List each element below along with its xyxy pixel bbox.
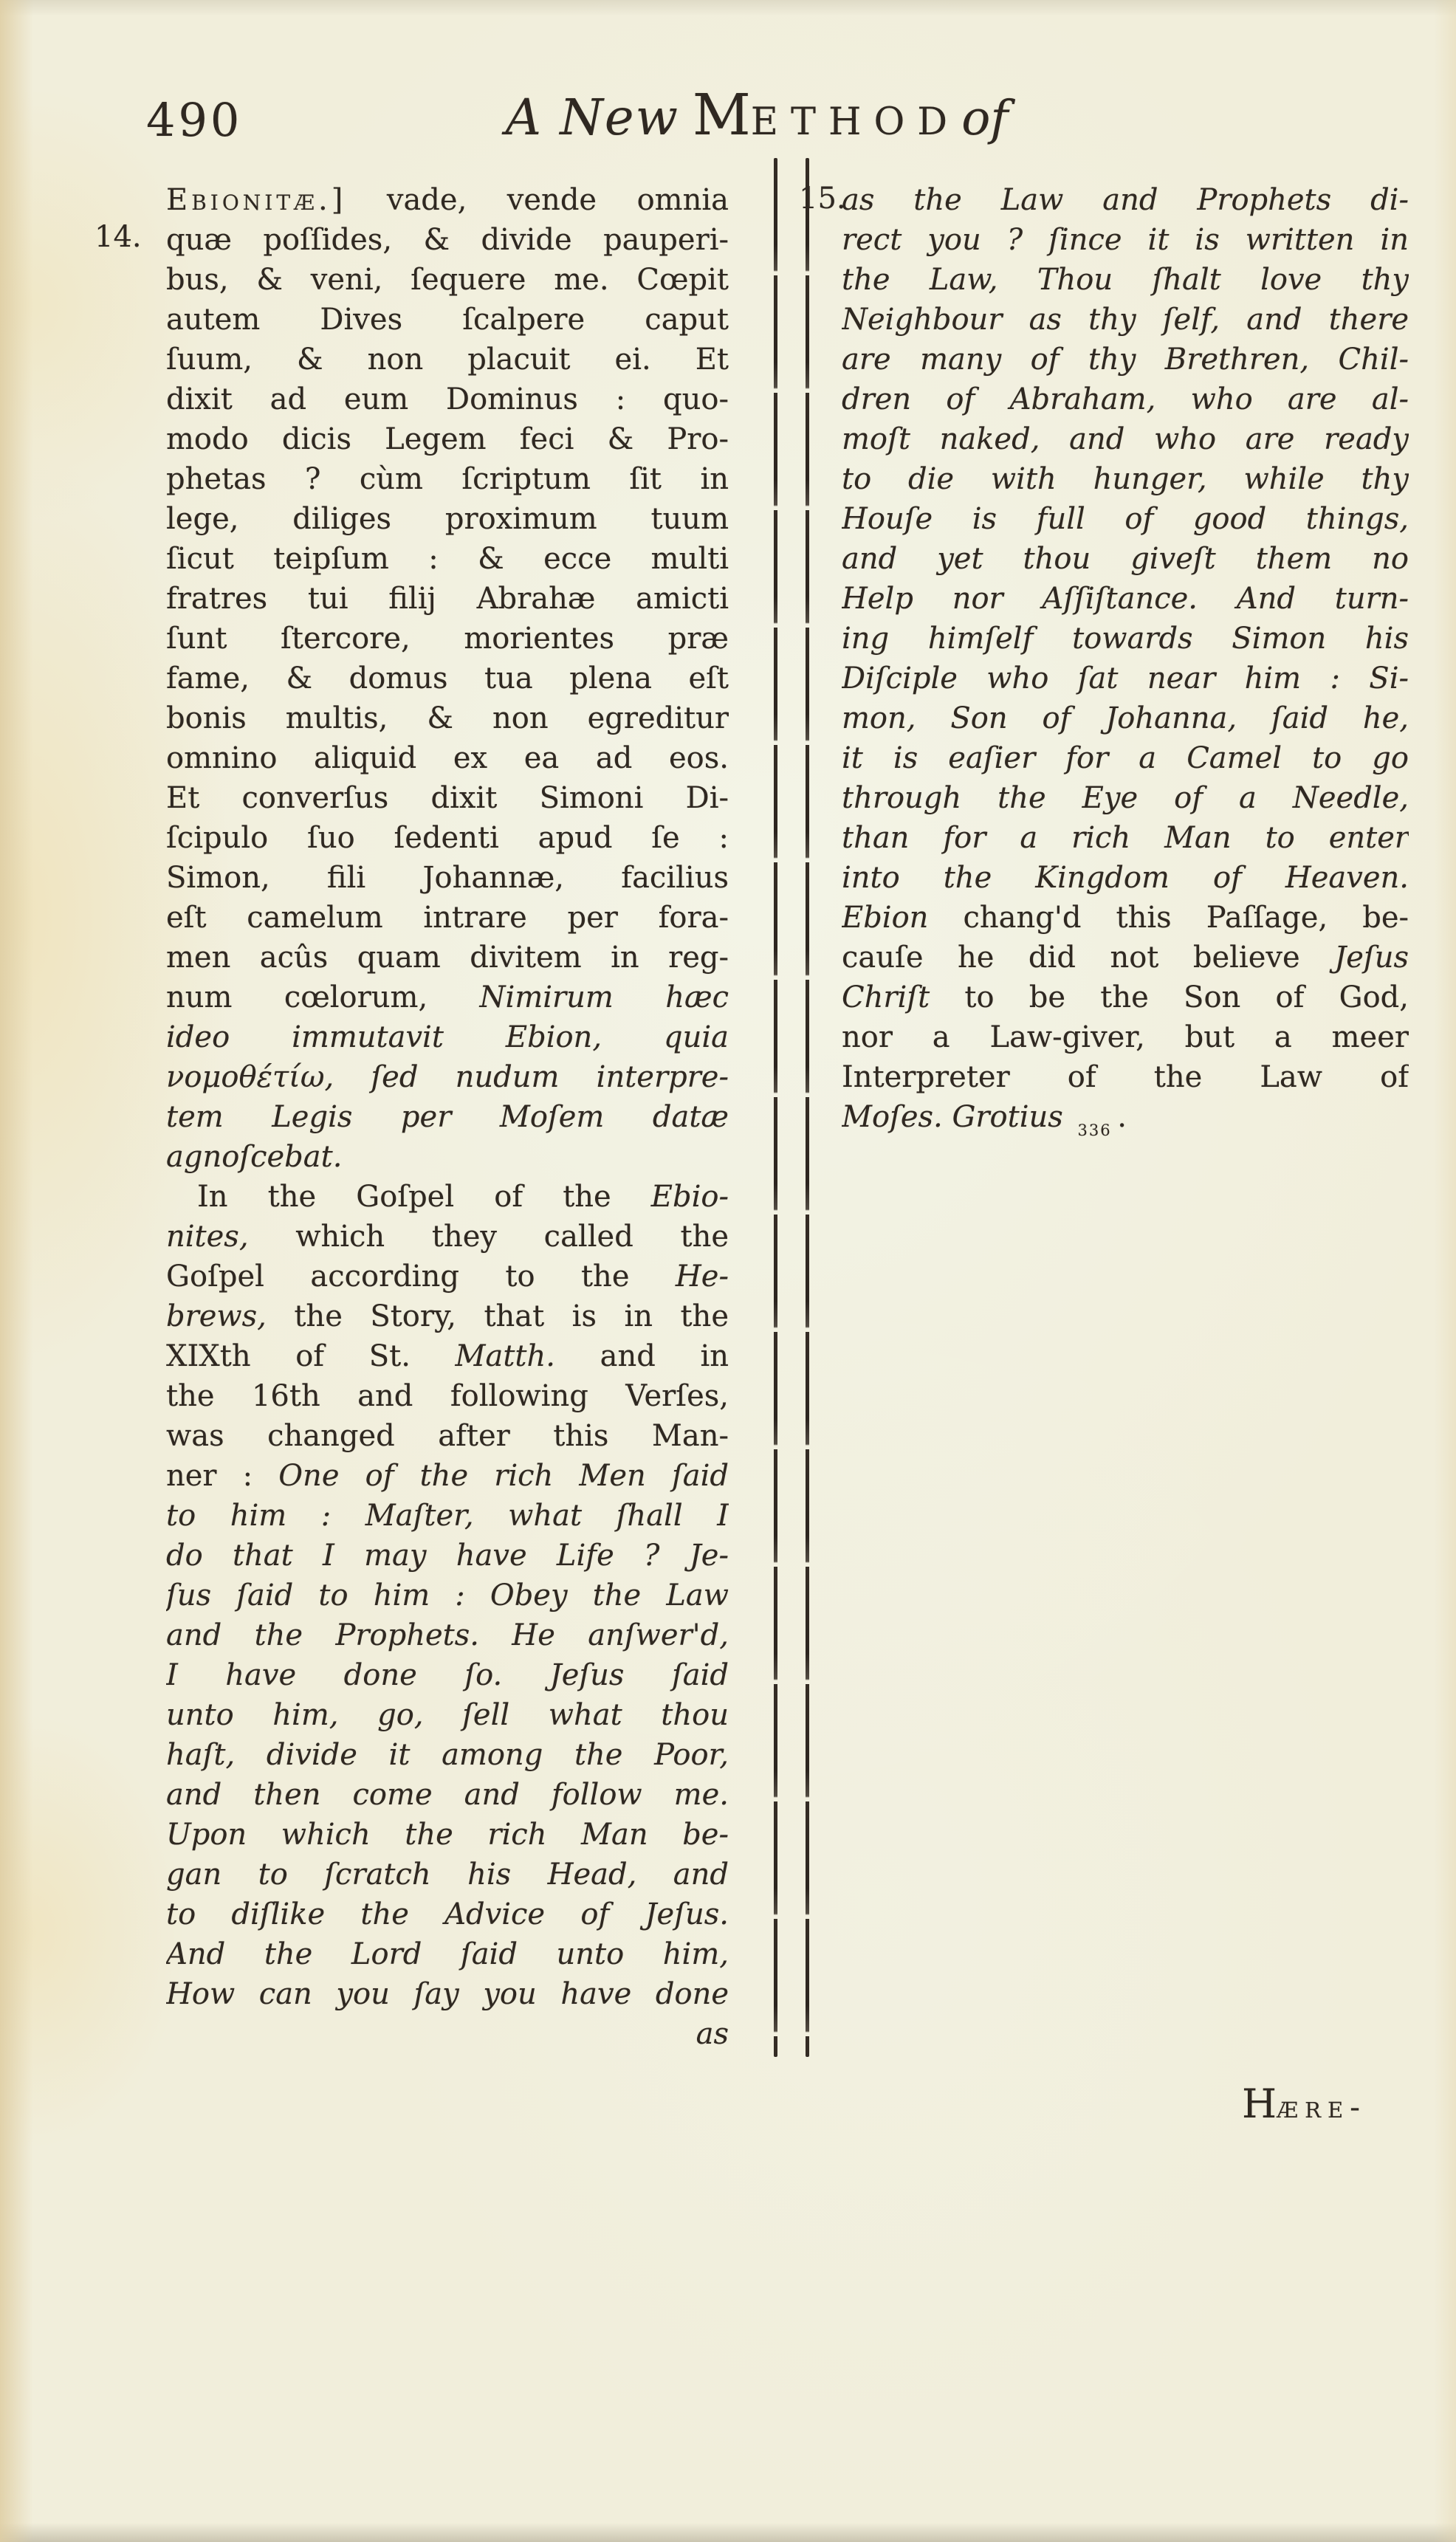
text-line: Houſe is full of good things, <box>842 499 1409 539</box>
text-line: ſuum, & non placuit ei. Et <box>166 340 729 379</box>
text-line: ſicut teipſum : & ecce multi <box>166 539 729 579</box>
text-line: nor a Law-giver, but a meer <box>842 1017 1409 1057</box>
text-line: to him : Maſter, what ſhall I <box>166 1496 729 1536</box>
catchword-rest: ære- <box>1277 2089 1367 2125</box>
text-line: agnoſcebat. <box>166 1137 729 1177</box>
text-line: gan to ſcratch his Head, and <box>166 1855 729 1895</box>
text-segment: I have done ſo. Jeſus ſaid <box>166 1658 729 1692</box>
column-divider-rule <box>806 158 809 2057</box>
text-line: cauſe he did not believe Jeſus <box>842 938 1409 978</box>
catchword-initial: H <box>1242 2081 1277 2127</box>
text-line: nites, which they called the <box>166 1217 729 1257</box>
catchword: Hære- <box>1242 2081 1367 2127</box>
text-segment: the 16th and following Verſes, <box>166 1379 729 1413</box>
text-line: In the Goſpel of the Ebio- <box>166 1177 729 1217</box>
running-title-method-initial: M <box>693 83 751 148</box>
text-line: ſus ſaid to him : Obey the Law <box>166 1576 729 1615</box>
catchword-line: as <box>166 2014 729 2054</box>
text-segment: autem Dives ſcalpere caput <box>166 303 729 337</box>
text-line: Diſciple who ſat near him : Si- <box>842 659 1409 698</box>
text-line: quæ poſſides, & divide pauperi- <box>166 220 729 260</box>
text-line: to diſlike the Advice of Jeſus. <box>166 1895 729 1934</box>
text-segment: num cœlorum, <box>166 980 480 1014</box>
text-segment: through the Eye of a Needle, <box>842 781 1409 815</box>
text-line: Interpreter of the Law of <box>842 1057 1409 1097</box>
text-segment: bus, & veni, ſequere me. Cœpit <box>166 263 729 297</box>
text-segment: Moſes. Grotius <box>842 1100 1063 1134</box>
text-line: dixit ad eum Dominus : quo- <box>166 379 729 419</box>
running-title-of: of <box>961 91 1008 146</box>
text-segment: was changed after this Man- <box>166 1419 729 1453</box>
text-segment: He- <box>676 1260 729 1294</box>
text-segment: quæ poſſides, & divide pauperi- <box>166 223 729 257</box>
text-line: ner : One of the rich Men ſaid <box>166 1456 729 1496</box>
text-line: Ebion chang'd this Paſſage, be- <box>842 898 1409 938</box>
text-segment: Chriſt <box>842 980 930 1014</box>
text-line: Upon which the rich Man be- <box>166 1815 729 1855</box>
text-line: Help nor Aſſiſtance. And turn- <box>842 579 1409 619</box>
text-line: num cœlorum, Nimirum hæc <box>166 978 729 1017</box>
text-line: phetas ? cùm ſcriptum ſit in <box>166 459 729 499</box>
text-segment: dixit ad eum Dominus : quo- <box>166 382 729 416</box>
text-line: rect you ? ſince it is written in <box>842 220 1409 260</box>
right-text-column: as the Law and Prophets di-rect you ? ſi… <box>842 180 1409 1137</box>
text-segment: Interpreter of the Law of <box>842 1060 1409 1094</box>
text-segment: men acûs quam divitem in reg- <box>166 941 729 975</box>
text-segment: ſuum, & non placuit ei. Et <box>166 343 729 377</box>
text-line: the Law, Thou ſhalt love thy <box>842 260 1409 300</box>
text-line: I have done ſo. Jeſus ſaid <box>166 1655 729 1695</box>
text-segment: Ebion <box>842 901 928 935</box>
text-line: omnino aliquid ex ea ad eos. <box>166 738 729 778</box>
text-segment: Jeſus <box>1334 941 1409 975</box>
text-segment: nites, <box>166 1220 249 1254</box>
text-segment: fame, & domus tua plena eſt <box>166 662 729 695</box>
text-segment: Nimirum hæc <box>480 980 729 1014</box>
text-segment: cauſe he did not believe <box>842 941 1334 975</box>
text-segment: ideo immutavit Ebion, quia <box>166 1020 729 1054</box>
text-line: modo dicis Legem feci & Pro- <box>166 419 729 459</box>
text-segment: How can you ſay you have done <box>166 1977 729 2011</box>
text-segment: Ebio- <box>651 1180 729 1214</box>
text-line: men acûs quam divitem in reg- <box>166 938 729 978</box>
text-segment: the Law, Thou ſhalt love thy <box>842 263 1409 297</box>
citation-fraction: 3361060 <box>1072 1123 1117 1137</box>
text-line: autem Dives ſcalpere caput <box>166 300 729 340</box>
text-line: and the Prophets. He anſwer'd, <box>166 1615 729 1655</box>
text-segment: haſt, divide it among the Poor, <box>166 1738 729 1772</box>
text-segment: eſt camelum intrare per fora- <box>166 901 729 935</box>
text-segment: are many of thy Brethren, Chil- <box>842 343 1409 377</box>
text-line: fame, & domus tua plena eſt <box>166 659 729 698</box>
text-line: How can you ſay you have done <box>166 1974 729 2014</box>
text-segment: brews, <box>166 1299 267 1333</box>
text-segment: ner : <box>166 1459 278 1493</box>
text-line: ſunt ſtercore, morientes præ <box>166 619 729 659</box>
text-line: ing himſelf towards Simon his <box>842 619 1409 659</box>
text-segment: to die with hunger, while thy <box>842 462 1409 496</box>
text-line: dren of Abraham, who are al- <box>842 379 1409 419</box>
text-line: Chriſt to be the Son of God, <box>842 978 1409 1017</box>
text-line: and yet thou giveſt them no <box>842 539 1409 579</box>
text-segment: to him : Maſter, what ſhall I <box>166 1499 729 1533</box>
text-segment: and then come and follow me. <box>166 1778 729 1812</box>
text-line: Et converſus dixit Simoni Di- <box>166 778 729 818</box>
text-segment: mon, Son of Johanna, ſaid he, <box>842 701 1409 735</box>
text-line: and then come and follow me. <box>166 1775 729 1815</box>
text-segment: which they called the <box>249 1220 729 1254</box>
text-segment: ſunt ſtercore, morientes præ <box>166 622 729 656</box>
text-segment: . <box>1117 1100 1127 1134</box>
text-segment: and in <box>555 1339 729 1373</box>
text-segment: Upon which the rich Man be- <box>166 1818 729 1852</box>
text-line: mon, Son of Johanna, ſaid he, <box>842 698 1409 738</box>
text-line: XIXth of St. Matth. and in <box>166 1336 729 1376</box>
text-segment: fratres tui filij Abrahæ amicti <box>166 582 729 616</box>
page-number: 490 <box>146 93 242 147</box>
text-segment: Simon, fili Johannæ, facilius <box>166 861 729 895</box>
text-line: than for a rich Man to enter <box>842 818 1409 858</box>
text-line: haſt, divide it among the Poor, <box>166 1735 729 1775</box>
text-segment: Houſe is full of good things, <box>842 502 1409 536</box>
text-segment: phetas ? cùm ſcriptum ſit in <box>166 462 729 496</box>
text-segment: rect you ? ſince it is written in <box>842 223 1409 257</box>
text-line: as the Law and Prophets di- <box>842 180 1409 220</box>
text-segment: unto him, go, ſell what thou <box>166 1698 729 1732</box>
text-segment: Ebionitæ.] <box>166 183 346 217</box>
text-segment: Matth. <box>456 1339 555 1373</box>
text-segment: ſcipulo ſuo ſedenti apud ſe : <box>166 821 729 855</box>
text-line: it is eaſier for a Camel to go <box>842 738 1409 778</box>
text-line: brews, the Story, that is in the <box>166 1296 729 1336</box>
text-segment: nor a Law-giver, but a meer <box>842 1020 1409 1054</box>
verse-number-right: 15. <box>799 182 846 216</box>
text-segment: Diſciple who ſat near him : Si- <box>842 662 1409 695</box>
text-line: ſcipulo ſuo ſedenti apud ſe : <box>166 818 729 858</box>
text-segment: it is eaſier for a Camel to go <box>842 741 1409 775</box>
text-line: bus, & veni, ſequere me. Cœpit <box>166 260 729 300</box>
text-segment: ing himſelf towards Simon his <box>842 622 1409 656</box>
text-segment: Help nor Aſſiſtance. And turn- <box>842 582 1409 616</box>
text-segment: vade, vende omnia <box>346 183 729 217</box>
text-line: tem Legis per Moſem datæ <box>166 1097 729 1137</box>
text-segment: tem Legis per Moſem datæ <box>166 1100 729 1134</box>
text-line: was changed after this Man- <box>166 1416 729 1456</box>
text-line: Neighbour as thy ſelf, and there <box>842 300 1409 340</box>
left-text-column: Ebionitæ.] vade, vende omniaquæ poſſides… <box>166 180 729 2054</box>
running-title: A NewMETHODof <box>388 83 1126 148</box>
running-title-method-rest: ETHOD <box>751 100 960 144</box>
text-segment: gan to ſcratch his Head, and <box>166 1858 729 1892</box>
running-title-a-new: A New <box>506 89 679 146</box>
text-segment: than for a rich Man to enter <box>842 821 1409 855</box>
text-line: Moſes. Grotius3361060. <box>842 1097 1409 1137</box>
text-line: eſt camelum intrare per fora- <box>166 898 729 938</box>
text-segment: agnoſcebat. <box>166 1140 342 1174</box>
text-segment: Neighbour as thy ſelf, and there <box>842 303 1409 337</box>
text-line: through the Eye of a Needle, <box>842 778 1409 818</box>
text-line: νομοθέτίω, ſed nudum interpre- <box>166 1057 729 1097</box>
text-line: bonis multis, & non egreditur <box>166 698 729 738</box>
verse-number-left: 14. <box>95 220 142 254</box>
text-line: lege, diliges proximum tuum <box>166 499 729 539</box>
text-segment: into the Kingdom of Heaven. <box>842 861 1409 895</box>
text-line: the 16th and following Verſes, <box>166 1376 729 1416</box>
text-line: fratres tui filij Abrahæ amicti <box>166 579 729 619</box>
text-segment: and yet thou giveſt them no <box>842 542 1409 576</box>
text-segment: as the Law and Prophets di- <box>842 183 1409 217</box>
text-segment: omnino aliquid ex ea ad eos. <box>166 741 729 775</box>
text-segment: moſt naked, and who are ready <box>842 422 1409 456</box>
text-segment: to be the Son of God, <box>930 980 1409 1014</box>
text-line: Goſpel according to the He- <box>166 1257 729 1296</box>
text-segment: XIXth of St. <box>166 1339 456 1373</box>
text-segment: modo dicis Legem feci & Pro- <box>166 422 729 456</box>
text-segment: lege, diliges proximum tuum <box>166 502 729 536</box>
text-line: into the Kingdom of Heaven. <box>842 858 1409 898</box>
book-page: 490 A NewMETHODof 14. 15. Ebionitæ.] vad… <box>0 0 1456 2542</box>
text-line: do that I may have Life ? Je- <box>166 1536 729 1576</box>
text-line: Simon, fili Johannæ, facilius <box>166 858 729 898</box>
text-segment: Goſpel according to the <box>166 1260 676 1294</box>
text-segment: and the Prophets. He anſwer'd, <box>166 1618 729 1652</box>
text-line: And the Lord ſaid unto him, <box>166 1934 729 1974</box>
text-segment: In the Goſpel of the <box>197 1180 651 1214</box>
text-line: Ebionitæ.] vade, vende omnia <box>166 180 729 220</box>
column-divider-rule <box>774 158 777 2057</box>
text-line: moſt naked, and who are ready <box>842 419 1409 459</box>
text-segment: as <box>696 2017 729 2051</box>
text-segment: the Story, that is in the <box>267 1299 729 1333</box>
text-segment: do that I may have Life ? Je- <box>166 1539 729 1573</box>
text-segment: One of the rich Men ſaid <box>278 1459 729 1493</box>
text-segment: dren of Abraham, who are al- <box>842 382 1409 416</box>
text-segment: ſus ſaid to him : Obey the Law <box>166 1579 729 1612</box>
text-segment: chang'd this Paſſage, be- <box>928 901 1409 935</box>
text-segment: And the Lord ſaid unto him, <box>166 1937 729 1971</box>
text-line: are many of thy Brethren, Chil- <box>842 340 1409 379</box>
text-segment: νομοθέτίω, ſed nudum interpre- <box>166 1060 729 1094</box>
text-segment: Et converſus dixit Simoni Di- <box>166 781 729 815</box>
text-segment: to diſlike the Advice of Jeſus. <box>166 1897 729 1931</box>
text-segment: ſicut teipſum : & ecce multi <box>166 542 729 576</box>
text-line: unto him, go, ſell what thou <box>166 1695 729 1735</box>
text-line: ideo immutavit Ebion, quia <box>166 1017 729 1057</box>
text-segment: bonis multis, & non egreditur <box>166 701 729 735</box>
text-line: to die with hunger, while thy <box>842 459 1409 499</box>
